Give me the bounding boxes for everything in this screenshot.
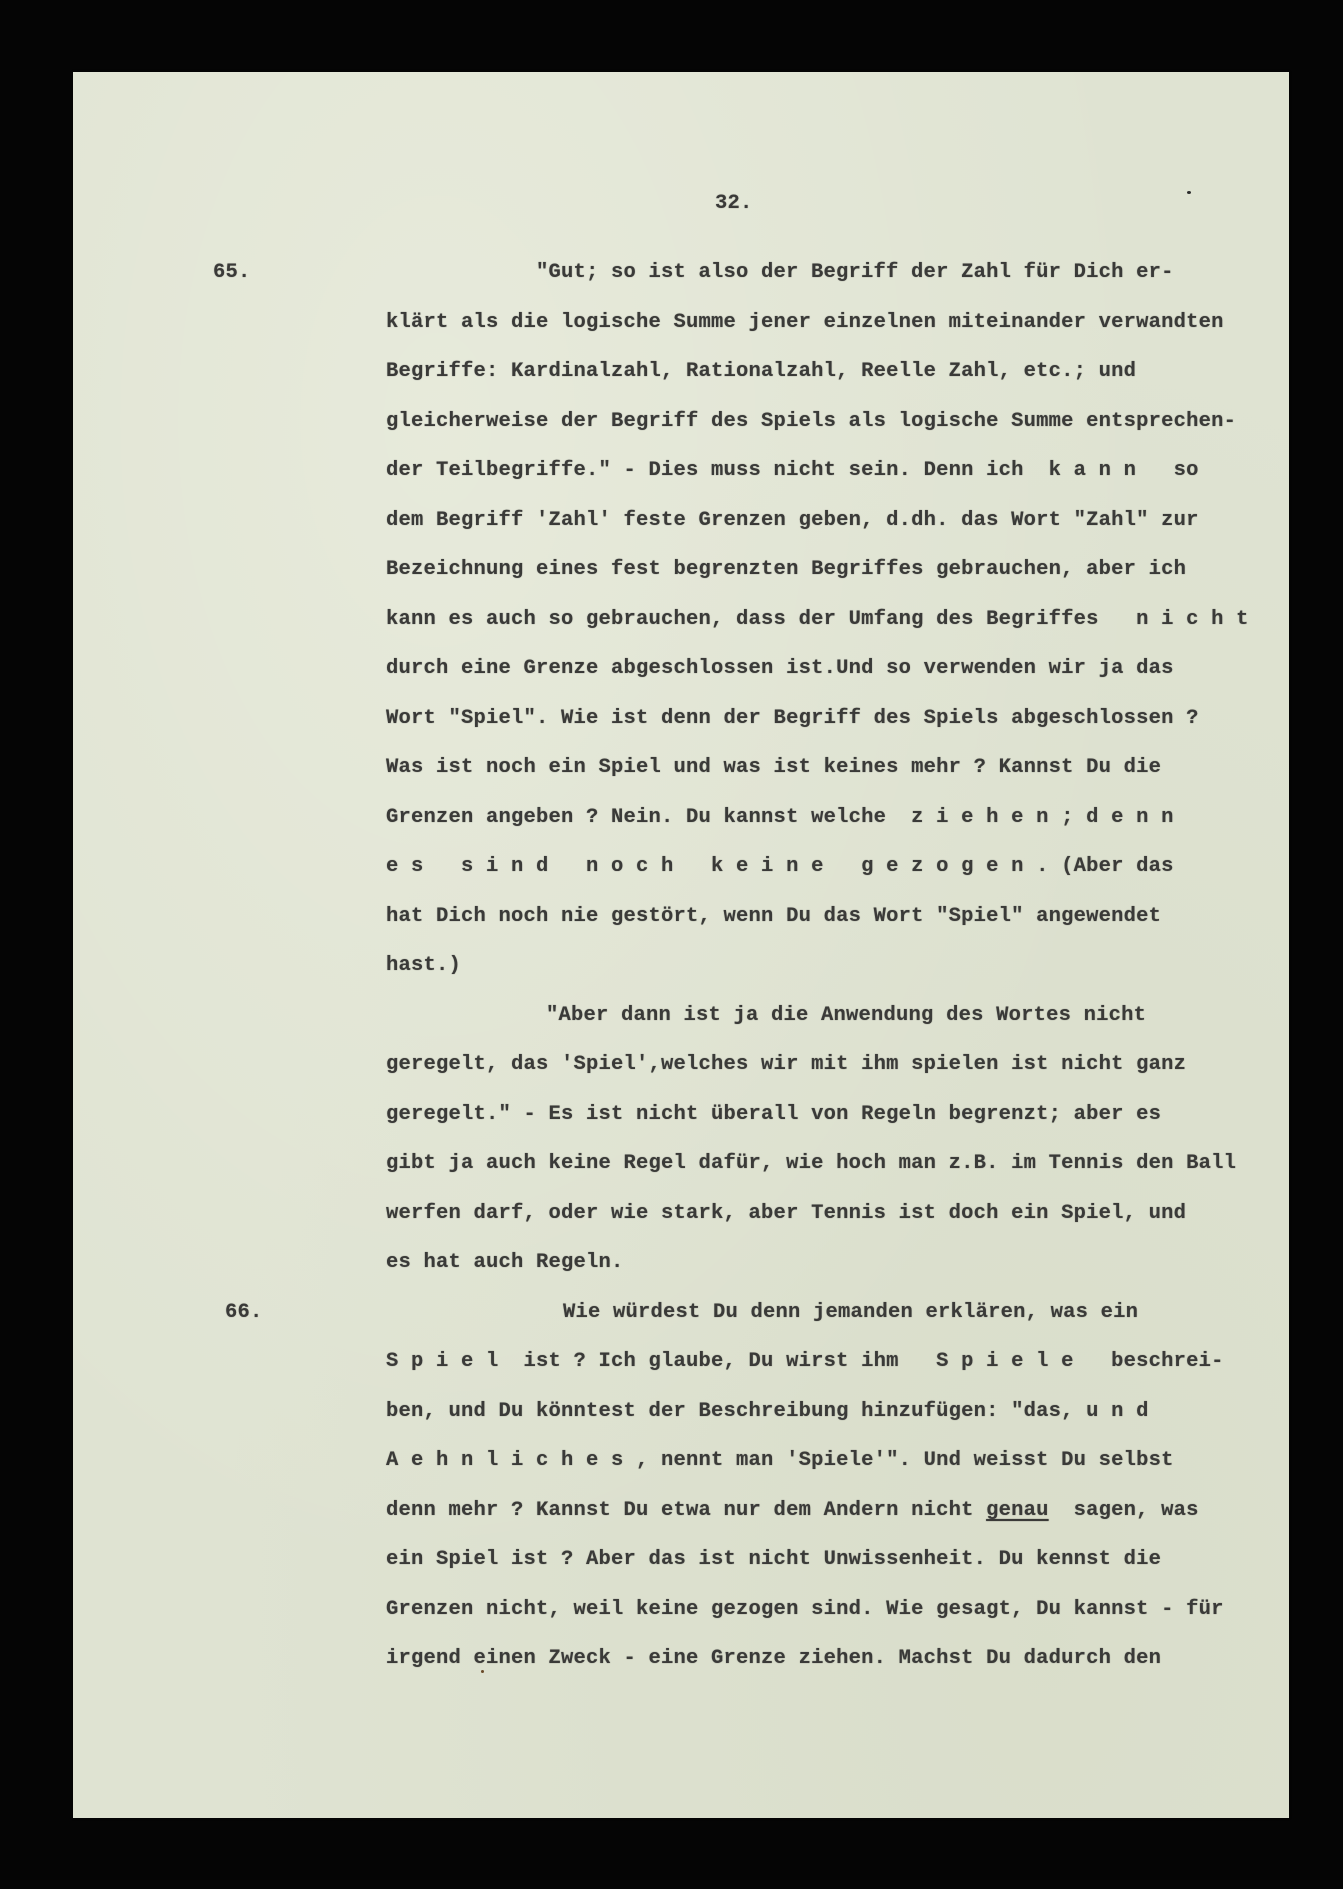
text-line: Wie würdest Du denn jemanden erklären, w…	[563, 1301, 1138, 1325]
text-line: irgend einen Zweck - eine Grenze ziehen.…	[386, 1647, 1161, 1671]
text-line: hast.)	[386, 954, 461, 978]
underlined-word: genau	[986, 1499, 1049, 1522]
text-line: klärt als die logische Summe jener einze…	[386, 311, 1224, 335]
text-line: Was ist noch ein Spiel und was ist keine…	[386, 756, 1161, 780]
text-line: geregelt, das 'Spiel',welches wir mit ih…	[386, 1053, 1186, 1077]
section-number-65: 65.	[213, 261, 251, 285]
text-line: gibt ja auch keine Regel dafür, wie hoch…	[386, 1152, 1236, 1176]
text-line: kann es auch so gebrauchen, dass der Umf…	[386, 608, 1249, 632]
text-line: A e h n l i c h e s , nennt man 'Spiele'…	[386, 1449, 1174, 1473]
text-line: durch eine Grenze abgeschlossen ist.Und …	[386, 657, 1174, 681]
ink-speck	[481, 1670, 484, 1673]
text-line: geregelt." - Es ist nicht überall von Re…	[386, 1103, 1161, 1127]
text-line: gleicherweise der Begriff des Spiels als…	[386, 410, 1236, 434]
section-number-66: 66.	[225, 1301, 263, 1325]
text-line: "Gut; so ist also der Begriff der Zahl f…	[536, 261, 1174, 285]
text-segment: sagen, was	[1049, 1499, 1199, 1522]
ink-speck	[1187, 191, 1191, 194]
text-line: e s s i n d n o c h k e i n e g e z o g …	[386, 855, 1174, 879]
text-line: "Aber dann ist ja die Anwendung des Wort…	[546, 1004, 1146, 1028]
text-line: hat Dich noch nie gestört, wenn Du das W…	[386, 905, 1161, 929]
text-line: Grenzen angeben ? Nein. Du kannst welche…	[386, 806, 1174, 830]
text-line: werfen darf, oder wie stark, aber Tennis…	[386, 1202, 1186, 1226]
page-number: 32.	[715, 192, 753, 216]
text-line: Begriffe: Kardinalzahl, Rationalzahl, Re…	[386, 360, 1136, 384]
text-line: ein Spiel ist ? Aber das ist nicht Unwis…	[386, 1548, 1161, 1572]
text-line-with-underline: denn mehr ? Kannst Du etwa nur dem Ander…	[386, 1499, 1199, 1523]
text-line: Wort "Spiel". Wie ist denn der Begriff d…	[386, 707, 1199, 731]
typewritten-page: 32. 65. "Gut; so ist also der Begriff de…	[73, 72, 1289, 1818]
text-line: Bezeichnung eines fest begrenzten Begrif…	[386, 558, 1186, 582]
text-line: ben, und Du könntest der Beschreibung hi…	[386, 1400, 1149, 1424]
text-segment: denn mehr ? Kannst Du etwa nur dem Ander…	[386, 1499, 986, 1522]
text-line: der Teilbegriffe." - Dies muss nicht sei…	[386, 459, 1199, 483]
text-line: es hat auch Regeln.	[386, 1251, 624, 1275]
text-line: dem Begriff 'Zahl' feste Grenzen geben, …	[386, 509, 1199, 533]
text-line: S p i e l ist ? Ich glaube, Du wirst ihm…	[386, 1350, 1224, 1374]
text-line: Grenzen nicht, weil keine gezogen sind. …	[386, 1598, 1224, 1622]
